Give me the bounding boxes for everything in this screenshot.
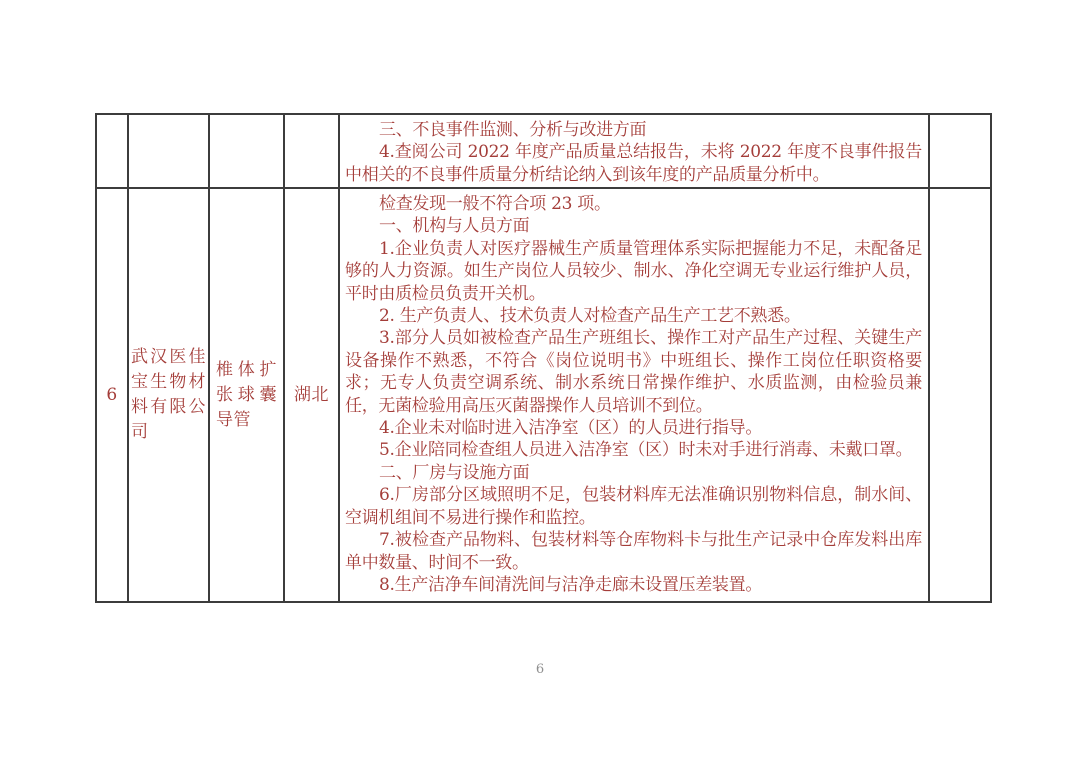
finding-paragraph: 二、厂房与设施方面 — [345, 462, 922, 484]
company-name: 武汉医佳宝生物材料有限公司 — [131, 345, 206, 445]
finding-paragraph: 检查发现一般不符合项 23 项。 — [345, 193, 922, 215]
row-number-cell — [97, 115, 129, 187]
finding-paragraph: 1.企业负责人对医疗器械生产质量管理体系实际把握能力不足，未配备足够的人力资源。… — [345, 238, 922, 305]
finding-paragraph: 4.企业未对临时进入洁净室（区）的人员进行指导。 — [345, 417, 922, 439]
findings-cell: 检查发现一般不符合项 23 项。一、机构与人员方面1.企业负责人对医疗器械生产质… — [340, 189, 930, 601]
row-number: 6 — [97, 383, 127, 408]
finding-paragraph: 6.厂房部分区域照明不足，包装材料库无法准确识别物料信息，制水间、空调机组间不易… — [345, 484, 922, 529]
finding-paragraph: 3.部分人员如被检查产品生产班组长、操作工对产品生产过程、关键生产设备操作不熟悉… — [345, 327, 922, 417]
finding-paragraph: 8.生产洁净车间清洗间与洁净走廊未设置压差装置。 — [345, 574, 922, 596]
product-cell: 椎体扩张球囊导管 — [210, 189, 285, 601]
row-number-cell: 6 — [97, 189, 129, 601]
product-name: 椎体扩张球囊导管 — [216, 358, 277, 433]
inspection-findings-table: 三、不良事件监测、分析与改进方面4.查阅公司 2022 年度产品质量总结报告，未… — [95, 113, 992, 603]
page-number: 6 — [0, 662, 1080, 677]
province-cell — [285, 115, 340, 187]
table-row: 6 武汉医佳宝生物材料有限公司 椎体扩张球囊导管 湖北 检查发现一般不符合项 2… — [97, 189, 990, 601]
company-cell — [129, 115, 210, 187]
company-cell: 武汉医佳宝生物材料有限公司 — [129, 189, 210, 601]
finding-paragraph: 5.企业陪同检查组人员进入洁净室（区）时未对手进行消毒、未戴口罩。 — [345, 439, 922, 461]
product-cell — [210, 115, 285, 187]
finding-paragraph: 三、不良事件监测、分析与改进方面 — [345, 119, 922, 141]
finding-paragraph: 2. 生产负责人、技术负责人对检查产品生产工艺不熟悉。 — [345, 305, 922, 327]
table-row: 三、不良事件监测、分析与改进方面4.查阅公司 2022 年度产品质量总结报告，未… — [97, 115, 990, 189]
spare-cell — [930, 115, 990, 187]
finding-paragraph: 7.被检查产品物料、包装材料等仓库物料卡与批生产记录中仓库发料出库单中数量、时间… — [345, 529, 922, 574]
province-cell: 湖北 — [285, 189, 340, 601]
spare-cell — [930, 189, 990, 601]
finding-paragraph: 4.查阅公司 2022 年度产品质量总结报告，未将 2022 年度不良事件报告中… — [345, 141, 922, 186]
finding-paragraph: 一、机构与人员方面 — [345, 215, 922, 237]
province-name: 湖北 — [285, 383, 338, 408]
findings-cell: 三、不良事件监测、分析与改进方面4.查阅公司 2022 年度产品质量总结报告，未… — [340, 115, 930, 187]
